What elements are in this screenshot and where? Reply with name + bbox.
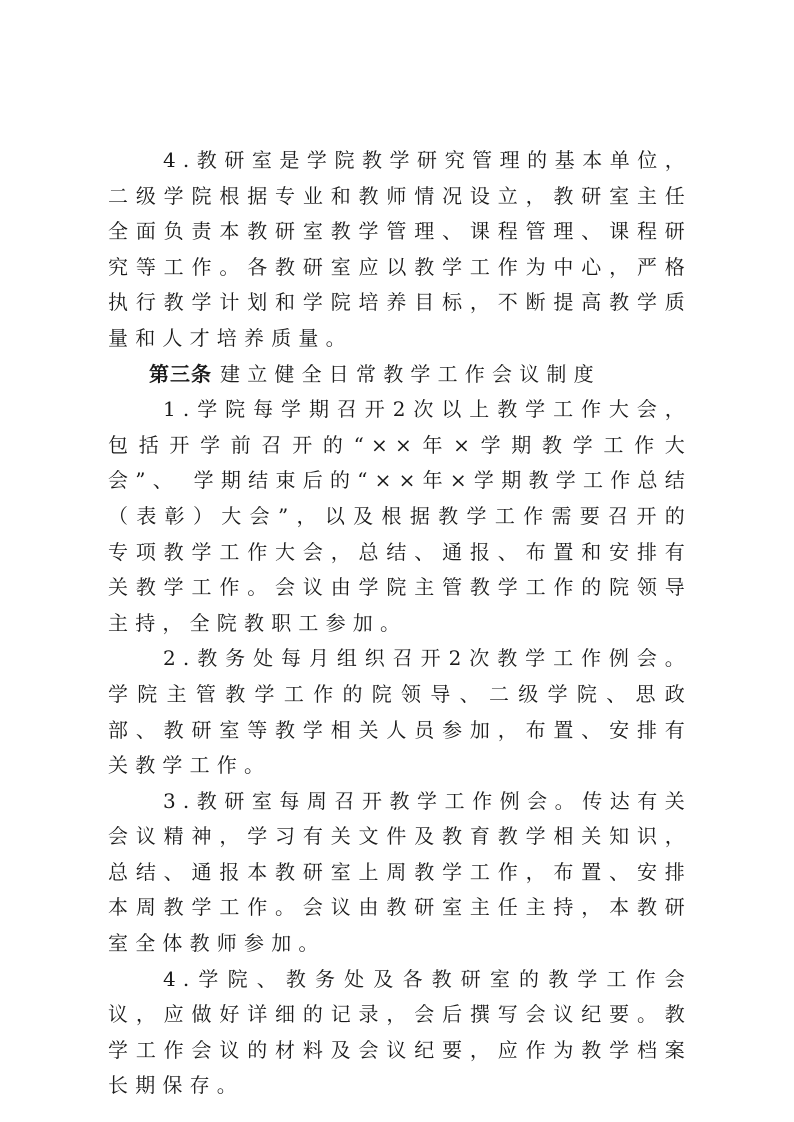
document-page: 4.教研室是学院教学研究管理的基本单位，二级学院根据专业和教师情况设立，教研室主… (108, 143, 692, 1104)
paragraph-item-4-teaching-office: 4.教研室是学院教学研究管理的基本单位，二级学院根据专业和教师情况设立，教研室主… (108, 143, 692, 357)
article-3-item-2: 2.教务处每月组织召开2次教学工作例会。学院主管教学工作的院领导、二级学院、思政… (108, 641, 692, 783)
article-3-item-3: 3.教研室每周召开教学工作例会。传达有关会议精神，学习有关文件及教育教学相关知识… (108, 784, 692, 962)
article-3-item-4: 4.学院、教务处及各教研室的教学工作会议，应做好详细的记录，会后撰写会议纪要。教… (108, 962, 692, 1104)
article-3-heading: 第三条建立健全日常教学工作会议制度 (108, 357, 692, 393)
article-3-label: 第三条 (149, 362, 212, 386)
article-3-item-1: 1.学院每学期召开2次以上教学工作大会，包括开学前召开的“××年×学期教学工作大… (108, 392, 692, 641)
article-3-title: 建立健全日常教学工作会议制度 (220, 362, 601, 386)
